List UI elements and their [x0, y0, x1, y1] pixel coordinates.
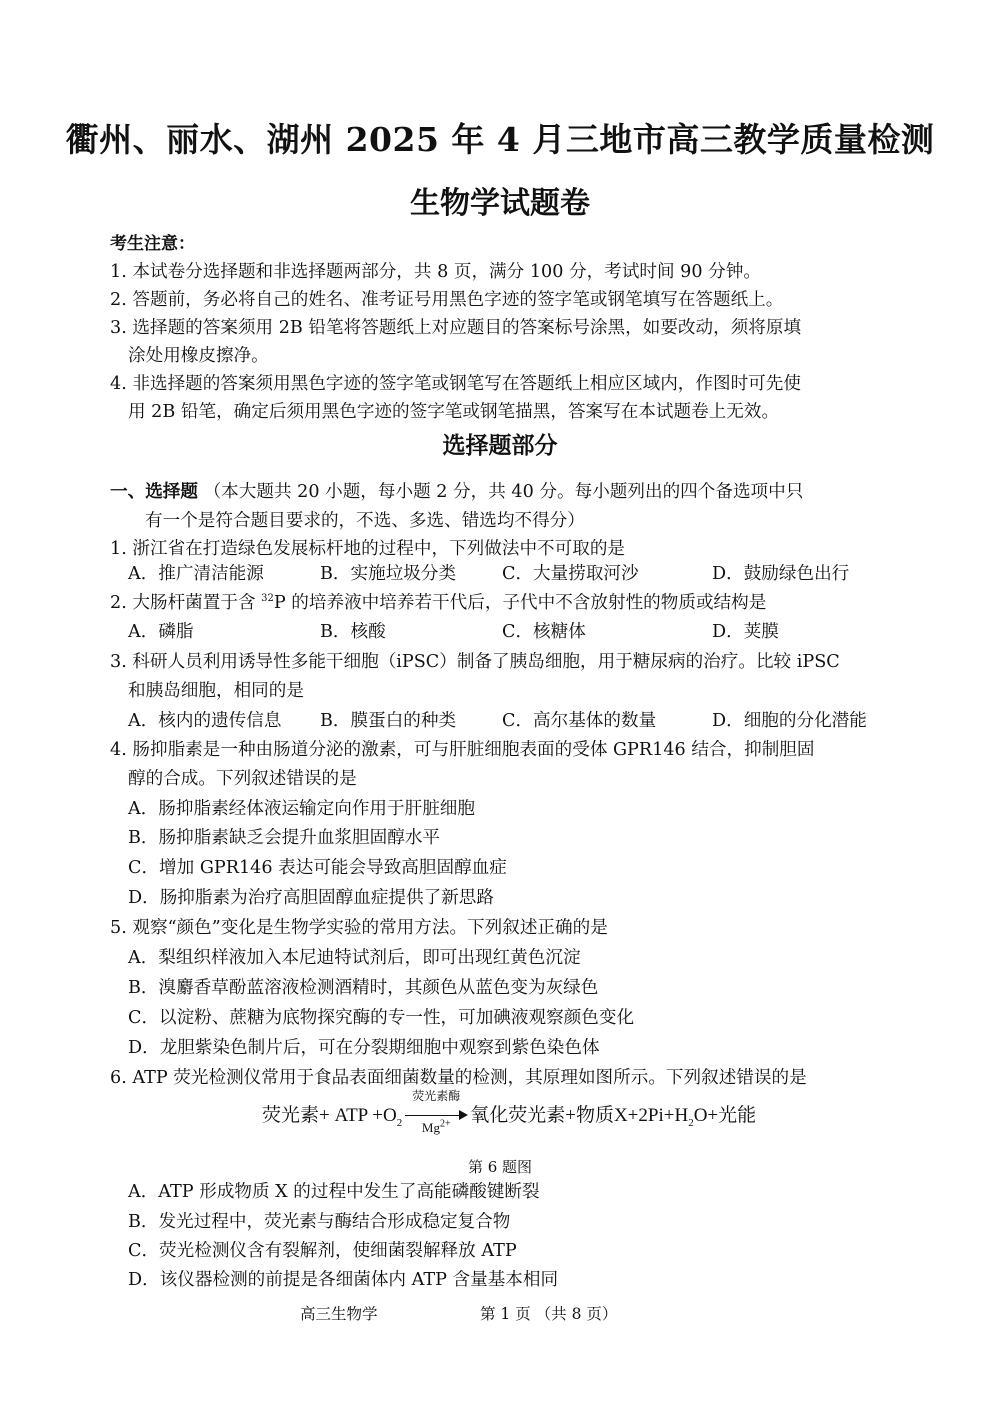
cofactor-label: Mg2+ — [403, 1121, 469, 1135]
question-2-option-a: A．磷脂 — [128, 620, 194, 644]
exam-title: 衢州、丽水、湖州 2025 年 4 月三地市高三教学质量检测 — [0, 114, 1000, 161]
question-3-option-d: D．细胞的分化潜能 — [712, 709, 867, 733]
question-6-option-a: A．ATP 形成物质 X 的过程中发生了高能磷酸键断裂 — [128, 1180, 540, 1204]
question-1-option-a: A．推广清洁能源 — [128, 562, 264, 586]
question-4-option-d: D．肠抑脂素为治疗高胆固醇血症提供了新思路 — [128, 886, 494, 910]
cofactor-charge: 2+ — [440, 1118, 451, 1129]
question-1-option-d: D．鼓励绿色出行 — [712, 562, 849, 586]
part-header: 一、选择题 （本大题共 20 小题，每小题 2 分，共 40 分。每小题列出的四… — [110, 480, 803, 504]
figure-caption: 第 6 题图 — [0, 1156, 1000, 1177]
notice-item-3-cont: 涂处用橡皮擦净。 — [128, 344, 269, 368]
products-text: 氧化荧光素+物质X+2Pi+H — [470, 1105, 688, 1126]
equation-reactants: 荧光素+ ATP +O2 — [262, 1101, 402, 1131]
question-5-option-a: A．梨组织样液加入本尼迪特试剂后，即可出现红黄色沉淀 — [128, 946, 581, 970]
arrow-shaft — [405, 1115, 463, 1117]
notice-heading: 考生注意： — [110, 232, 195, 256]
section-heading: 选择题部分 — [0, 427, 1000, 460]
question-6-option-d: D．该仪器检测的前提是各细菌体内 ATP 含量基本相同 — [128, 1268, 558, 1292]
question-3-option-b: B．膜蛋白的种类 — [320, 709, 456, 733]
question-2-stem-prefix: 2. 大肠杆菌置于含 — [110, 593, 261, 613]
notice-item-4: 4. 非选择题的答案须用黑色字迹的签字笔或钢笔写在答题纸上相应区域内，作图时可先… — [110, 372, 801, 396]
question-2-stem: 2. 大肠杆菌置于含 32P 的培养液中培养若干代后，子代中不含放射性的物质或结… — [110, 591, 766, 615]
question-4-stem: 4. 肠抑脂素是一种由肠道分泌的激素，可与肝脏细胞表面的受体 GPR146 结合… — [110, 738, 814, 762]
part-title: 一、选择题 — [110, 482, 198, 502]
oxygen-subscript: 2 — [397, 1116, 403, 1128]
part-description-cont: 有一个是符合题目要求的，不选、多选、错选均不得分） — [145, 509, 585, 533]
question-4-option-b: B．肠抑脂素缺乏会提升血浆胆固醇水平 — [128, 826, 440, 850]
question-4-option-a: A．肠抑脂素经体液运输定向作用于肝脏细胞 — [128, 797, 475, 821]
notice-item-3: 3. 选择题的答案须用 2B 铅笔将答题纸上对应题目的答案标号涂黑，如要改动，须… — [110, 316, 801, 340]
question-2-option-b: B．核酸 — [320, 620, 386, 644]
question-5-option-c: C．以淀粉、蔗糖为底物探究酶的专一性，可加碘液观察颜色变化 — [128, 1006, 634, 1030]
footer-subject: 高三生物学 — [300, 1302, 378, 1324]
question-1-option-b: B．实施垃圾分类 — [320, 562, 456, 586]
exam-subtitle: 生物学试题卷 — [0, 178, 1000, 222]
reactants-text: 荧光素+ ATP +O — [262, 1105, 397, 1126]
reaction-equation: 荧光素+ ATP +O2 荧光素酶 Mg2+ 氧化荧光素+物质X+2Pi+H2O… — [262, 1100, 756, 1131]
question-6-option-c: C．荧光检测仪含有裂解剂，使细菌裂解释放 ATP — [128, 1239, 517, 1263]
part-description: （本大题共 20 小题，每小题 2 分，共 40 分。每小题列出的四个备选项中只 — [204, 482, 804, 502]
isotope-superscript: 32 — [261, 593, 274, 604]
footer-page-number: 第 1 页 （共 8 页） — [480, 1302, 617, 1324]
question-2-option-c: C．核糖体 — [502, 620, 586, 644]
question-5-option-b: B．溴麝香草酚蓝溶液检测酒精时，其颜色从蓝色变为灰绿色 — [128, 976, 598, 1000]
reaction-arrow: 荧光素酶 Mg2+ — [403, 1101, 469, 1131]
question-3-stem: 3. 科研人员利用诱导性多能干细胞（iPSC）制备了胰岛细胞，用于糖尿病的治疗。… — [110, 650, 840, 674]
question-4-stem-cont: 醇的合成。下列叙述错误的是 — [128, 767, 357, 791]
question-3-option-c: C．高尔基体的数量 — [502, 709, 656, 733]
enzyme-label: 荧光素酶 — [403, 1089, 469, 1103]
question-3-stem-cont: 和胰岛细胞，相同的是 — [128, 679, 304, 703]
question-6-stem: 6. ATP 荧光检测仪常用于食品表面细菌数量的检测，其原理如图所示。下列叙述错… — [110, 1066, 807, 1090]
notice-item-4-cont: 用 2B 铅笔，确定后须用黑色字迹的签字笔或钢笔描黑，答案写在本试题卷上无效。 — [128, 400, 779, 424]
cofactor-text: Mg — [422, 1120, 440, 1135]
notice-item-1: 1. 本试卷分选择题和非选择题两部分，共 8 页，满分 100 分，考试时间 9… — [110, 260, 761, 284]
question-6-option-b: B．发光过程中，荧光素与酶结合形成稳定复合物 — [128, 1210, 510, 1234]
question-3-option-a: A．核内的遗传信息 — [128, 709, 281, 733]
arrow-head-icon — [459, 1110, 468, 1120]
question-2-stem-suffix: P 的培养液中培养若干代后，子代中不含放射性的物质或结构是 — [274, 593, 766, 613]
question-4-option-c: C．增加 GPR146 表达可能会导致高胆固醇血症 — [128, 856, 507, 880]
notice-item-2: 2. 答题前，务必将自己的姓名、准考证号用黑色字迹的签字笔或钢笔填写在答题纸上。 — [110, 288, 783, 312]
exam-page: 衢州、丽水、湖州 2025 年 4 月三地市高三教学质量检测 生物学试题卷 考生… — [0, 0, 1000, 1412]
products-text-end: O+光能 — [694, 1105, 756, 1126]
question-5-option-d: D．龙胆紫染色制片后，可在分裂期细胞中观察到紫色染色体 — [128, 1036, 600, 1060]
question-1-option-c: C．大量捞取河沙 — [502, 562, 639, 586]
question-2-option-d: D．荚膜 — [712, 620, 779, 644]
question-1-stem: 1. 浙江省在打造绿色发展标杆地的过程中，下列做法中不可取的是 — [110, 537, 625, 561]
equation-products: 氧化荧光素+物质X+2Pi+H2O+光能 — [470, 1101, 756, 1131]
question-5-stem: 5. 观察“颜色”变化是生物学实验的常用方法。下列叙述正确的是 — [110, 916, 608, 940]
